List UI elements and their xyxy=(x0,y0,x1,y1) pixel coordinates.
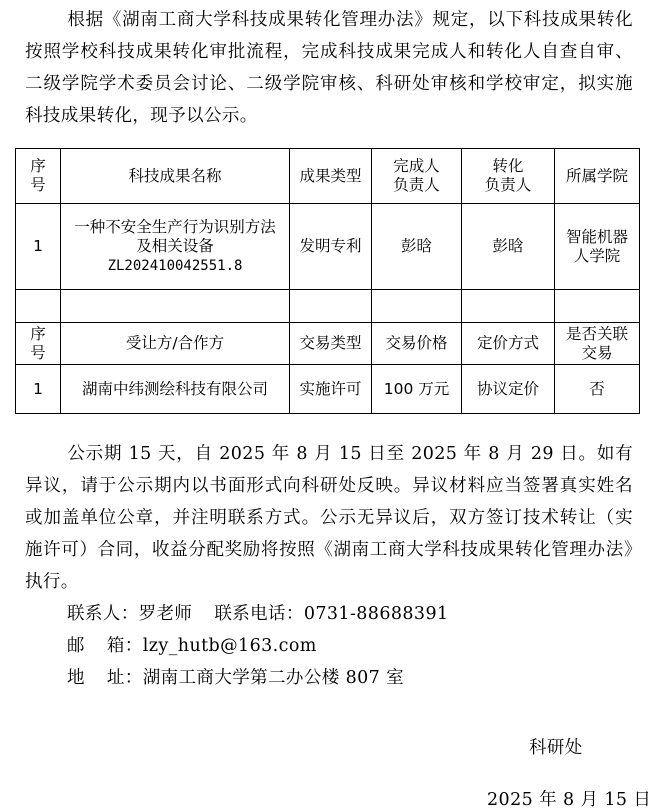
table-empty-row xyxy=(16,290,640,323)
header2-deal-type: 交易类型 xyxy=(290,323,372,365)
table-header-row-2: 序号 受让方/合作方 交易类型 交易价格 定价方式 是否关联交易 xyxy=(16,323,640,365)
header2-price: 交易价格 xyxy=(372,323,462,365)
contact-phone: 0731-88688391 xyxy=(304,604,449,624)
signature-date: 2025 年 8 月 15 日 xyxy=(487,786,651,811)
cell-deal-type: 实施许可 xyxy=(290,365,372,414)
cell-achievement-name: 一种不安全生产行为识别方法 及相关设备 ZL202410042551.8 xyxy=(61,204,290,290)
cell-completer: 彭晗 xyxy=(372,204,462,290)
cell-price: 100 万元 xyxy=(372,365,462,414)
header-achievement-name: 科技成果名称 xyxy=(61,149,290,204)
table-row: 1 一种不安全生产行为识别方法 及相关设备 ZL202410042551.8 发… xyxy=(16,204,640,290)
achievement-table: 序号 科技成果名称 成果类型 完成人负责人 转化负责人 所属学院 1 一种不安全… xyxy=(15,148,640,414)
contact-address-line: 地址：湖南工商大学第二办公楼 807 室 xyxy=(67,668,404,688)
notice-paragraph: 公示期 15 天，自 2025 年 8 月 15 日至 2025 年 8 月 2… xyxy=(25,438,633,598)
header2-related: 是否关联交易 xyxy=(555,323,640,365)
patent-number: ZL202410042551.8 xyxy=(108,258,243,274)
header-transferer: 转化负责人 xyxy=(462,149,555,204)
contact-person: 罗老师 xyxy=(139,604,193,624)
cell-related: 否 xyxy=(555,365,640,414)
header-seq: 序号 xyxy=(16,149,61,204)
header2-pricing-method: 定价方式 xyxy=(462,323,555,365)
header2-seq: 序号 xyxy=(16,323,61,365)
table-header-row: 序号 科技成果名称 成果类型 完成人负责人 转化负责人 所属学院 xyxy=(16,149,640,204)
cell-seq: 1 xyxy=(16,204,61,290)
header2-partner: 受让方/合作方 xyxy=(61,323,290,365)
contact-email-line: 邮箱：lzy_hutb@163.com xyxy=(67,636,317,656)
cell-seq: 1 xyxy=(16,365,61,414)
cell-pricing-method: 协议定价 xyxy=(462,365,555,414)
notice-text: 公示期 15 天，自 2025 年 8 月 15 日至 2025 年 8 月 2… xyxy=(25,444,633,592)
header-achievement-type: 成果类型 xyxy=(290,149,372,204)
contact-address: 湖南工商大学第二办公楼 807 室 xyxy=(143,668,404,688)
cell-college: 智能机器人学院 xyxy=(555,204,640,290)
header-completer: 完成人负责人 xyxy=(372,149,462,204)
cell-partner: 湖南中纬测绘科技有限公司 xyxy=(61,365,290,414)
cell-achievement-type: 发明专利 xyxy=(290,204,372,290)
cell-transferer: 彭晗 xyxy=(462,204,555,290)
signature-office: 科研处 xyxy=(529,734,583,759)
contact-email: lzy_hutb@163.com xyxy=(143,636,317,656)
table-row: 1 湖南中纬测绘科技有限公司 实施许可 100 万元 协议定价 否 xyxy=(16,365,640,414)
intro-paragraph: 根据《湖南工商大学科技成果转化管理办法》规定，以下科技成果转化按照学校科技成果转… xyxy=(25,4,633,132)
header-college: 所属学院 xyxy=(555,149,640,204)
contact-person-line: 联系人：罗老师联系电话：0731-88688391 xyxy=(67,604,449,624)
intro-text: 根据《湖南工商大学科技成果转化管理办法》规定，以下科技成果转化按照学校科技成果转… xyxy=(25,10,633,126)
